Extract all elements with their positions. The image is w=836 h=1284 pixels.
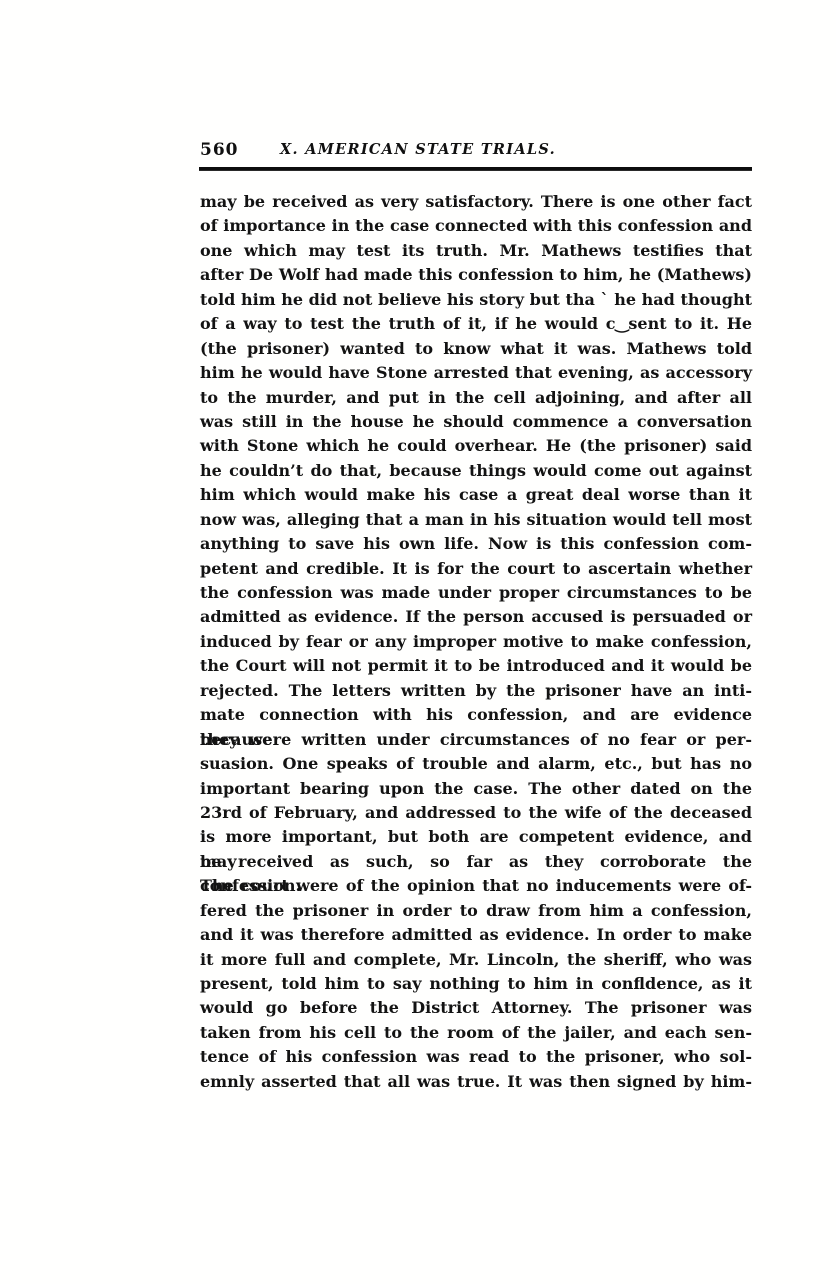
text-line: is more important, but both are competen… [200,825,752,849]
text-line: fered the prisoner in order to draw from… [200,899,752,923]
text-line: with Stone which he could overhear. He (… [200,434,752,458]
text-line: told him he did not believe his story bu… [200,288,752,312]
text-line: emnly asserted that all was true. It was… [200,1070,752,1094]
text-line: of importance in the case connected with… [200,214,752,238]
text-line: anything to save his own life. Now is th… [200,532,752,556]
text-line: The court were of the opinion that no in… [200,874,752,898]
header-rule [199,167,752,171]
text-line: important bearing upon the case. The oth… [200,777,752,801]
text-line: taken from his cell to the room of the j… [200,1021,752,1045]
page-body-text: may be received as very satisfactory. Th… [200,190,752,1094]
text-line: (the prisoner) wanted to know what it wa… [200,337,752,361]
text-line: of a way to test the truth of it, if he … [200,312,752,336]
text-line: mate connection with his confession, and… [200,703,752,727]
book-page: 560 X. AMERICAN STATE TRIALS. may be rec… [0,0,836,1284]
text-line: he couldn’t do that, because things woul… [200,459,752,483]
text-line: was still in the house he should commenc… [200,410,752,434]
text-line: may be received as very satisfactory. Th… [200,190,752,214]
text-line: they were written under circumstances of… [200,728,752,752]
text-line: be received as such, so far as they corr… [200,850,752,874]
text-line: petent and credible. It is for the court… [200,557,752,581]
text-line: to the murder, and put in the cell adjoi… [200,386,752,410]
text-line: suasion. One speaks of trouble and alarm… [200,752,752,776]
running-title: X. AMERICAN STATE TRIALS. [280,141,556,158]
text-line: induced by fear or any improper motive t… [200,630,752,654]
text-line: tence of his confession was read to the … [200,1045,752,1069]
page-number: 560 [200,140,239,160]
text-line: 23rd of February, and addressed to the w… [200,801,752,825]
text-line: and it was therefore admitted as evidenc… [200,923,752,947]
text-line: now was, alleging that a man in his situ… [200,508,752,532]
text-line: one which may test its truth. Mr. Mathew… [200,239,752,263]
text-line: would go before the District Attorney. T… [200,996,752,1020]
text-line: the confession was made under proper cir… [200,581,752,605]
text-line: present, told him to say nothing to him … [200,972,752,996]
text-line: after De Wolf had made this confession t… [200,263,752,287]
text-line: it more full and complete, Mr. Lincoln, … [200,948,752,972]
text-line: him which would make his case a great de… [200,483,752,507]
text-line: rejected. The letters written by the pri… [200,679,752,703]
text-line: admitted as evidence. If the person accu… [200,605,752,629]
text-line: the Court will not permit it to be intro… [200,654,752,678]
text-line: him he would have Stone arrested that ev… [200,361,752,385]
